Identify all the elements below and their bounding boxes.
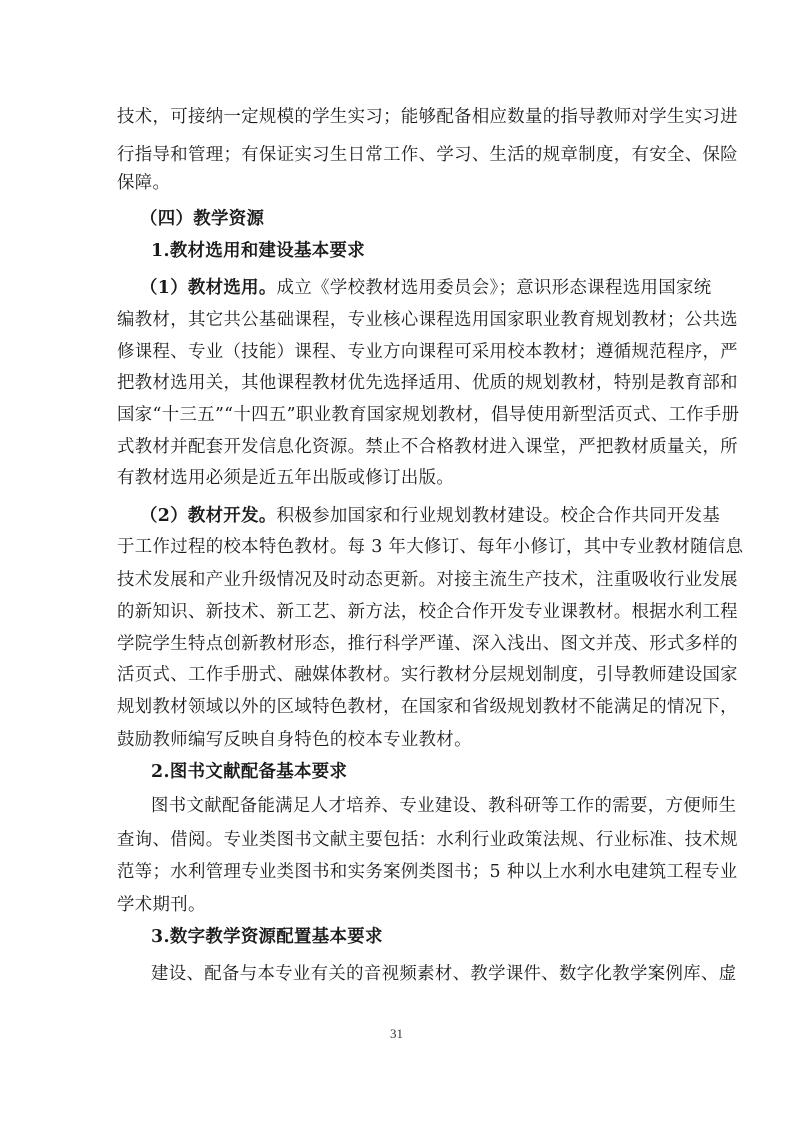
paragraph-line: 式教材并配套开发信息化资源。禁止不合格教材进入课堂，严把教材质量关，所 [117,436,673,458]
paragraph-line: （2）教材开发。积极参加国家和行业规划教材建设。校企合作共同开发基 [140,505,673,527]
paragraph-line: 有教材选用必须是近五年出版或修订出版。 [117,467,673,489]
paragraph-line: 建设、配备与本专业有关的音视频素材、教学课件、数字化教学案例库、虚 [151,963,673,985]
paragraph-line: 活页式、工作手册式、融媒体教材。实行教材分层规划制度，引导教师建设国家 [117,664,673,686]
subsection-heading-1: 1.教材选用和建设基本要求 [151,240,673,262]
paragraph-line: 于工作过程的校本特色教材。每 3 年大修订、每年小修订，其中专业教材随信息 [117,536,673,558]
paragraph-line: 鼓励教师编写反映自身特色的校本专业教材。 [117,729,673,751]
paragraph-line: 行指导和管理；有保证实习生日常工作、学习、生活的规章制度，有安全、保险 [117,144,673,166]
paragraph-line: 国家“十三五”“十四五”职业教育国家规划教材，倡导使用新型活页式、工作手册 [117,404,673,426]
paragraph-line: 规划教材领域以外的区域特色教材，在国家和省级规划教材不能满足的情况下， [117,696,673,718]
item-text: 成立《学校教材选用委员会》；意识形态课程选用国家统 [277,278,712,298]
paragraph-line: 技术发展和产业升级情况及时动态更新。对接主流生产技术，注重吸收行业发展 [117,569,673,591]
section-heading: （四）教学资源 [140,208,696,230]
item-lead: （2）教材开发。 [140,506,277,526]
subsection-heading-2: 2.图书文献配备基本要求 [151,761,673,783]
paragraph-line: 学院学生特点创新教材形态，推行科学严谨、深入浅出、图文并茂、形式多样的 [117,633,673,655]
paragraph-line: 的新知识、新技术、新工艺、新方法，校企合作开发专业课教材。根据水利工程 [117,601,673,623]
paragraph-line: 学术期刊。 [117,894,673,916]
paragraph-line: 修课程、专业（技能）课程、专业方向课程可采用校本教材；遵循规范程序，严 [117,341,673,363]
paragraph-line: 图书文献配备能满足人才培养、专业建设、教科研等工作的需要，方便师生 [151,795,673,817]
item-text: 积极参加国家和行业规划教材建设。校企合作共同开发基 [277,506,721,526]
paragraph-line: 编教材，其它共公基础课程，专业核心课程选用国家职业教育规划教材；公共选 [117,309,673,331]
paragraph-line: 技术，可接纳一定规模的学生实习；能够配备相应数量的指导教师对学生实习进 [117,106,673,128]
page-number: 31 [0,1026,793,1042]
paragraph-line: 把教材选用关，其他课程教材优先选择适用、优质的规划教材，特别是教育部和 [117,372,673,394]
paragraph-line: 查询、借阅。专业类图书文献主要包括：水利行业政策法规、行业标准、技术规 [117,829,673,851]
paragraph-line: 范等；水利管理专业类图书和实务案例类图书；5 种以上水利水电建筑工程专业 [117,861,673,883]
paragraph-line: （1）教材选用。成立《学校教材选用委员会》；意识形态课程选用国家统 [140,277,673,299]
item-lead: （1）教材选用。 [140,278,277,298]
subsection-heading-3: 3.数字教学资源配置基本要求 [151,926,673,948]
paragraph-line: 保障。 [117,172,673,194]
